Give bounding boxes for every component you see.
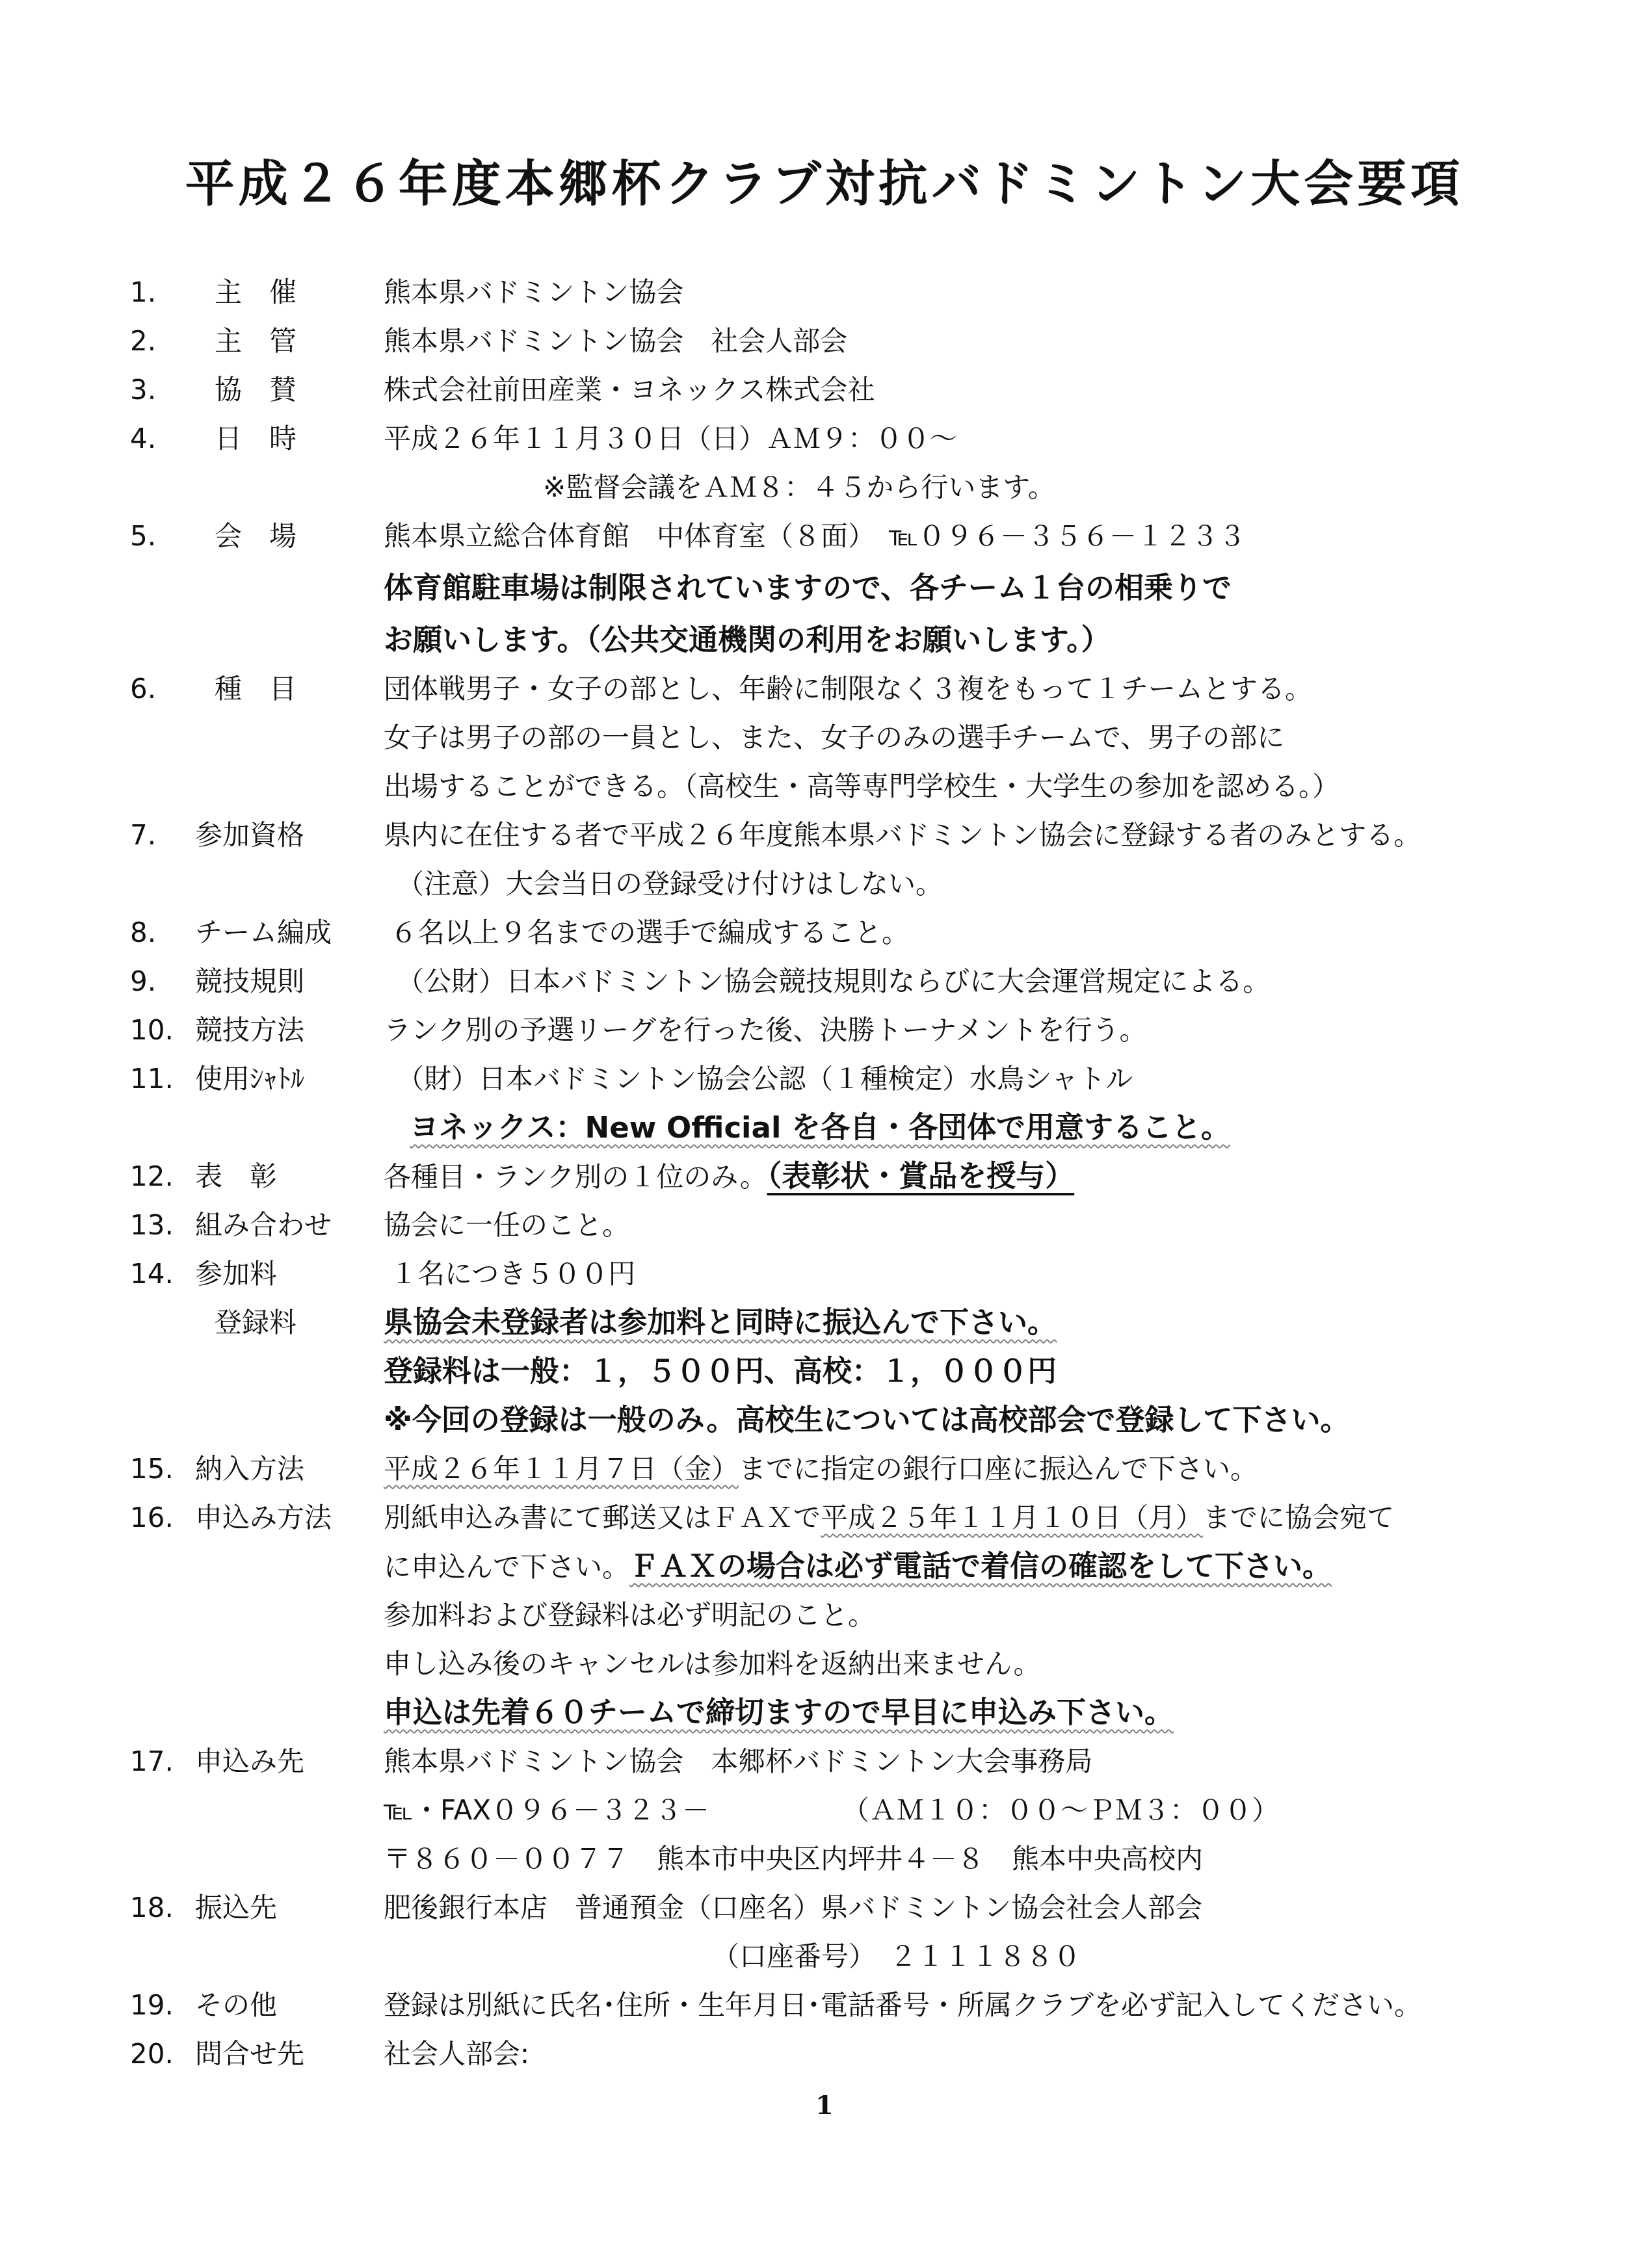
item-number: 8. (130, 913, 156, 952)
item-value: 熊本県バドミントン協会 本郷杯バドミントン大会事務局 (384, 1742, 1092, 1781)
item-number: 5. (130, 517, 156, 556)
item-label: 申込み先 (195, 1742, 304, 1781)
item-label: 問合せ先 (195, 2035, 304, 2074)
item-2-management: 2. 主 管 熊本県バドミントン協会 社会人部会 (0, 322, 1649, 361)
item-3-sponsor: 3. 協 賛 株式会社前田産業・ヨネックス株式会社 (0, 371, 1649, 410)
item-14-registration-amount: 登録料は一般：１，５００円、高校：１，０００円 (0, 1352, 1649, 1391)
item-value: （口座番号） ２１１１８８０ (712, 1937, 1081, 1976)
item-label: 種 目 (215, 670, 297, 709)
item-number: 13. (130, 1206, 174, 1245)
item-number: 7. (130, 816, 156, 855)
item-value: 熊本県バドミントン協会 (384, 273, 683, 312)
item-value: 熊本県立総合体育館 中体育室（８面） ℡０９６－３５６－１２３３ (384, 517, 1246, 556)
item-16-line-4: 申し込み後のキャンセルは参加料を返納出来ません。 (0, 1645, 1649, 1684)
item-7-note: （注意）大会当日の登録受け付けはしない。 (0, 865, 1649, 904)
item-number: 15. (130, 1450, 174, 1489)
item-20-inquiry: 20. 問合せ先 社会人部会: (0, 2035, 1649, 2074)
item-16-line-2: に申込んで下さい。ＦＡＸの場合は必ず電話で着信の確認をして下さい。 (0, 1547, 1649, 1586)
item-label: 主 管 (215, 322, 297, 361)
item-number: 9. (130, 962, 156, 1001)
item-5-venue: 5. 会 場 熊本県立総合体育館 中体育室（８面） ℡０９６－３５６－１２３３ (0, 517, 1649, 556)
item-label: 主 催 (215, 273, 297, 312)
item-value: １名につき５００円 (390, 1255, 635, 1294)
item-value: ※監督会議をＡＭ８：４５から行います。 (543, 468, 1055, 507)
item-17-contact: 17. 申込み先 熊本県バドミントン協会 本郷杯バドミントン大会事務局 (0, 1742, 1649, 1781)
item-value: 県内に在住する者で平成２６年度熊本県バドミントン協会に登録する者のみとする。 (384, 816, 1421, 855)
item-value: ６名以上９名までの選手で編成すること。 (390, 913, 909, 952)
item-value: 女子は男子の部の一員とし、また、女子のみの選手チームで、男子の部に (384, 718, 1284, 757)
item-value: 団体戦男子・女子の部とし、年齢に制限なく３複をもって１チームとする。 (384, 670, 1312, 709)
item-value: 申し込み後のキャンセルは参加料を返納出来ません。 (384, 1645, 1041, 1684)
item-6-event: 6. 種 目 団体戦男子・女子の部とし、年齢に制限なく３複をもって１チームとする… (0, 670, 1649, 709)
item-number: 17. (130, 1742, 174, 1781)
item-1-organizer: 1. 主 催 熊本県バドミントン協会 (0, 273, 1649, 312)
item-label: 競技規則 (195, 962, 304, 1001)
item-number: 14. (130, 1255, 174, 1294)
item-5-parking-note: 体育館駐車場は制限されていますので、各チーム１台の相乗りで (0, 569, 1649, 608)
item-label: 登録料 (215, 1303, 297, 1342)
item-13-draw: 13. 組み合わせ 協会に一任のこと。 (0, 1206, 1649, 1245)
item-10-format: 10. 競技方法 ランク別の予選リーグを行った後、決勝トーナメントを行う。 (0, 1011, 1649, 1050)
item-value: 別紙申込み書にて郵送又はＦＡＸで平成２５年１１月１０日（月）までに協会宛て (384, 1498, 1394, 1537)
item-label: 協 賛 (215, 371, 297, 410)
item-6-line-2: 女子は男子の部の一員とし、また、女子のみの選手チームで、男子の部に (0, 718, 1649, 757)
item-value: （公財）日本バドミントン協会競技規則ならびに大会運営規定による。 (397, 962, 1270, 1001)
item-value: 協会に一任のこと。 (384, 1206, 629, 1245)
item-label: その他 (195, 1986, 277, 2025)
item-value: 申込は先着６０チームで締切ますので早目に申込み下さい。 (384, 1693, 1174, 1732)
item-16-application: 16. 申込み方法 別紙申込み書にて郵送又はＦＡＸで平成２５年１１月１０日（月）… (0, 1498, 1649, 1537)
item-17-address: 〒８６０－００７７ 熊本市中央区内坪井４－８ 熊本中央高校内 (0, 1840, 1649, 1879)
item-value: 熊本県バドミントン協会 社会人部会 (384, 322, 847, 361)
item-label: 申込み方法 (195, 1498, 332, 1537)
item-value: お願いします。（公共交通機関の利用をお願いします。） (384, 621, 1111, 660)
item-number: 12. (130, 1157, 174, 1196)
item-value: 〒８６０－００７７ 熊本市中央区内坪井４－８ 熊本中央高校内 (384, 1840, 1203, 1879)
item-label: チーム編成 (195, 913, 332, 952)
item-value: 社会人部会: (384, 2035, 529, 2074)
item-14-registration-note: ※今回の登録は一般のみ。高校生については高校部会で登録して下さい。 (0, 1401, 1649, 1440)
item-value: 各種目・ランク別の１位のみ。（表彰状・賞品を授与） (384, 1157, 1074, 1197)
item-value: ※今回の登録は一般のみ。高校生については高校部会で登録して下さい。 (384, 1401, 1350, 1440)
item-17-phone: ℡・FAX０９６－３２３－ （ＡＭ１０：００～ＰＭ３：００） (0, 1791, 1649, 1830)
item-value: 参加料および登録料は必ず明記のこと。 (384, 1596, 875, 1635)
item-value: 平成２６年１１月７日（金）までに指定の銀行口座に振込んで下さい。 (384, 1450, 1258, 1489)
item-label: 会 場 (215, 517, 297, 556)
item-number: 4. (130, 419, 156, 458)
item-14-registration-fee: 登録料 県協会未登録者は参加料と同時に振込んで下さい。 (0, 1303, 1649, 1342)
item-value: 肥後銀行本店 普通預金（口座名）県バドミントン協会社会人部会 (384, 1888, 1202, 1927)
item-label: 競技方法 (195, 1011, 304, 1050)
item-label: 使用ｼｬﾄﾙ (195, 1060, 304, 1099)
item-6-line-3: 出場することができる。（高校生・高等専門学校生・大学生の参加を認める。） (0, 767, 1649, 806)
item-number: 10. (130, 1011, 174, 1050)
item-value: ヨネックス：New Official を各自・各団体で用意すること。 (410, 1108, 1230, 1147)
item-label: 参加料 (195, 1255, 277, 1294)
item-value: 平成２６年１１月３０日（日）ＡＭ９：００～ (384, 419, 957, 458)
item-number: 6. (130, 670, 156, 709)
item-value: ℡・FAX０９６－３２３－ (384, 1791, 709, 1830)
item-number: 3. (130, 371, 156, 410)
item-number: 16. (130, 1498, 174, 1537)
item-11-shuttle: 11. 使用ｼｬﾄﾙ （財）日本バドミントン協会公認（１種検定）水鳥シャトル (0, 1060, 1649, 1099)
item-12-awards: 12. 表 彰 各種目・ランク別の１位のみ。（表彰状・賞品を授与） (0, 1157, 1649, 1196)
item-label: 日 時 (215, 419, 297, 458)
item-value: 県協会未登録者は参加料と同時に振込んで下さい。 (384, 1303, 1057, 1342)
item-4-note: ※監督会議をＡＭ８：４５から行います。 (0, 468, 1649, 507)
item-14-fee: 14. 参加料 １名につき５００円 (0, 1255, 1649, 1294)
item-16-line-5: 申込は先着６０チームで締切ますので早目に申込み下さい。 (0, 1693, 1649, 1732)
item-15-payment: 15. 納入方法 平成２６年１１月７日（金）までに指定の銀行口座に振込んで下さい… (0, 1450, 1649, 1489)
item-5-parking-note-2: お願いします。（公共交通機関の利用をお願いします。） (0, 621, 1649, 660)
item-number: 19. (130, 1986, 174, 2025)
item-value: に申込んで下さい。ＦＡＸの場合は必ず電話で着信の確認をして下さい。 (384, 1547, 1332, 1587)
page-number: 1 (0, 2090, 1649, 2120)
item-number: 11. (130, 1060, 174, 1099)
item-value: 出場することができる。（高校生・高等専門学校生・大学生の参加を認める。） (384, 767, 1339, 806)
document-title: 平成２６年度本郷杯クラブ対抗バドミントン大会要項 (0, 144, 1649, 215)
item-number: 20. (130, 2035, 174, 2074)
item-number: 18. (130, 1888, 174, 1927)
item-16-line-3: 参加料および登録料は必ず明記のこと。 (0, 1596, 1649, 1635)
item-label: 組み合わせ (195, 1206, 332, 1245)
item-value: （注意）大会当日の登録受け付けはしない。 (397, 865, 943, 904)
item-number: 1. (130, 273, 156, 312)
item-label: 表 彰 (195, 1157, 277, 1196)
item-8-team: 8. チーム編成 ６名以上９名までの選手で編成すること。 (0, 913, 1649, 952)
item-19-other: 19. その他 登録は別紙に氏名･住所・生年月日･電話番号・所属クラブを必ず記入… (0, 1986, 1649, 2025)
item-label: 振込先 (195, 1888, 277, 1927)
item-label: 参加資格 (195, 816, 304, 855)
item-value: 体育館駐車場は制限されていますので、各チーム１台の相乗りで (384, 569, 1232, 608)
item-value: ランク別の予選リーグを行った後、決勝トーナメントを行う。 (384, 1011, 1146, 1050)
item-label: 納入方法 (195, 1450, 304, 1489)
item-value: 登録料は一般：１，５００円、高校：１，０００円 (384, 1352, 1057, 1391)
item-hours: （ＡＭ１０：００～ＰＭ３：００） (842, 1791, 1279, 1830)
item-value: （財）日本バドミントン協会公認（１種検定）水鳥シャトル (397, 1060, 1133, 1099)
item-9-rules: 9. 競技規則 （公財）日本バドミントン協会競技規則ならびに大会運営規定による。 (0, 962, 1649, 1001)
item-11-note: ヨネックス：New Official を各自・各団体で用意すること。 (0, 1108, 1649, 1147)
item-value: 登録は別紙に氏名･住所・生年月日･電話番号・所属クラブを必ず記入してください。 (384, 1986, 1421, 2025)
item-7-eligibility: 7. 参加資格 県内に在住する者で平成２６年度熊本県バドミントン協会に登録する者… (0, 816, 1649, 855)
item-18-bank: 18. 振込先 肥後銀行本店 普通預金（口座名）県バドミントン協会社会人部会 (0, 1888, 1649, 1927)
item-4-datetime: 4. 日 時 平成２６年１１月３０日（日）ＡＭ９：００～ (0, 419, 1649, 458)
item-number: 2. (130, 322, 156, 361)
item-18-account: （口座番号） ２１１１８８０ (0, 1937, 1649, 1976)
item-value: 株式会社前田産業・ヨネックス株式会社 (384, 371, 875, 410)
